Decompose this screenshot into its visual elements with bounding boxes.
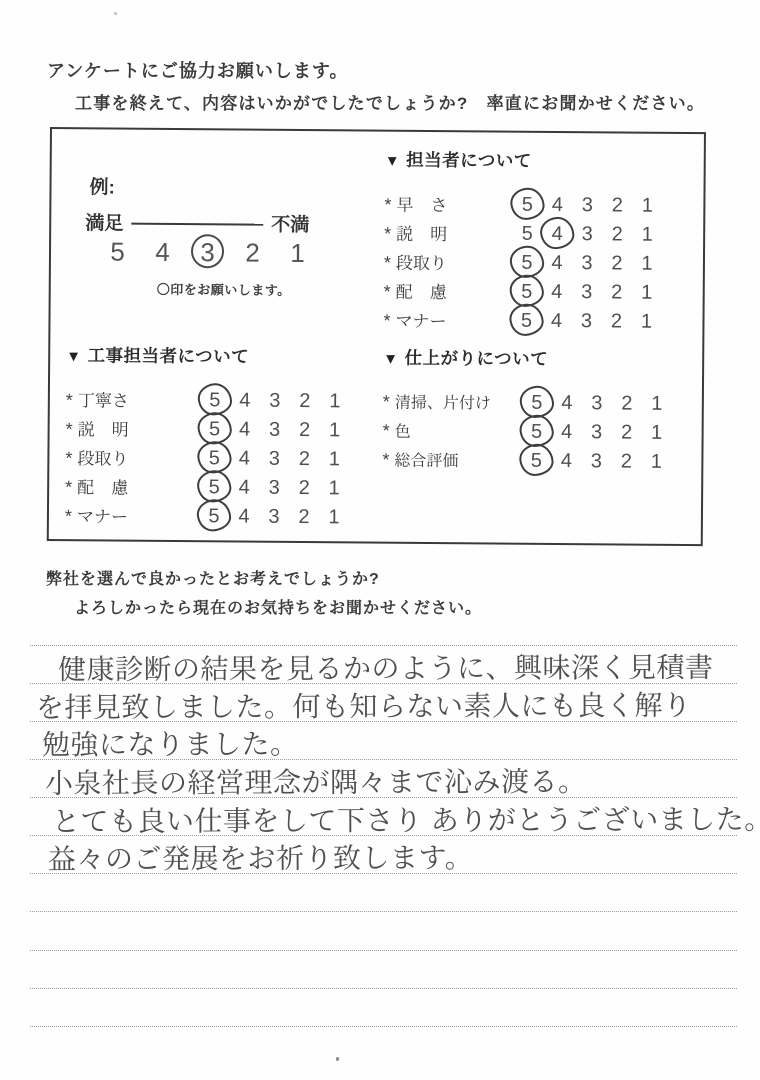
rating-row-arrangement: *段取り 5 4 3 2 1 — [384, 247, 694, 278]
rating-label: *総合評価 — [382, 448, 521, 472]
rating-value-1: 1 — [641, 448, 671, 474]
rating-value-4: 4 — [542, 191, 572, 217]
rating-value-5: 5 — [512, 220, 542, 246]
rating-value-4: 4 — [551, 447, 581, 473]
example-value-5: 5 — [95, 234, 140, 268]
example-value-1: 1 — [275, 236, 320, 270]
rating-label: *配 慮 — [384, 278, 512, 304]
triangle-marker-icon: ▼ — [66, 348, 81, 365]
rating-row-consideration: *配 慮 5 4 3 2 1 — [384, 276, 694, 307]
rating-value-5: 5 — [200, 416, 230, 442]
rating-label: *説 明 — [66, 415, 200, 441]
rating-value-1: 1 — [642, 419, 672, 445]
rating-value-5: 5 — [200, 387, 230, 413]
rating-label: *段取り — [384, 249, 512, 275]
example-title: 例: — [89, 172, 115, 199]
rating-value-3: 3 — [581, 448, 611, 474]
ruled-line — [30, 1026, 737, 1027]
example-value-2: 2 — [230, 235, 275, 269]
rating-value-5: 5 — [199, 445, 229, 471]
handwritten-line: 健康診断の結果を見るかのように、興味深く見積書 — [58, 649, 714, 689]
rating-value-3: 3 — [571, 308, 601, 334]
rating-value-2: 2 — [611, 448, 641, 474]
section-title: ▼仕上がりについて — [383, 345, 693, 369]
rating-value-3: 3 — [572, 192, 602, 218]
triangle-marker-icon: ▼ — [385, 153, 400, 170]
rating-value-2: 2 — [289, 503, 319, 529]
rating-value-3: 3 — [572, 221, 602, 247]
rating-box: 例: 満足 不満 5 4 3 2 1 〇印をお願いします。 ▼担当者について *… — [47, 127, 706, 546]
rating-value-3: 3 — [260, 387, 290, 413]
handwritten-line: 益々のご発展をお祈り致します。 — [48, 839, 473, 878]
prompt-line2: よろしかったら現在のお気持ちをお聞かせください。 — [74, 595, 482, 618]
rating-value-1: 1 — [632, 279, 662, 305]
rating-value-3: 3 — [572, 250, 602, 276]
scan-speck — [336, 1057, 339, 1061]
rating-row-cleanup: *清掃、片付け 5 4 3 2 1 — [383, 387, 693, 418]
rating-row-explanation: *説 明 5 4 3 2 1 — [66, 413, 376, 444]
rating-value-4: 4 — [229, 474, 259, 500]
rating-label: *マナー — [383, 307, 511, 333]
rating-value-1: 1 — [319, 504, 349, 530]
handwritten-line: とても良い仕事をして下さり ありがとうございました。 — [52, 801, 760, 842]
scale-line — [131, 222, 263, 225]
rating-value-4: 4 — [230, 416, 260, 442]
rating-label: *清掃、片付け — [383, 390, 522, 414]
rating-value-4: 4 — [542, 249, 572, 275]
section-construction-staff: ▼工事担当者について *丁寧さ 5 4 3 2 1 *説 明 5 4 3 2 1… — [65, 342, 376, 531]
rating-value-4: 4 — [552, 389, 582, 415]
example-value-4: 4 — [140, 235, 185, 269]
rating-value-1: 1 — [632, 192, 662, 218]
rating-value-1: 1 — [320, 417, 350, 443]
rating-value-3: 3 — [259, 474, 289, 500]
rating-value-2: 2 — [289, 445, 319, 471]
rating-value-3: 3 — [259, 503, 289, 529]
rating-value-5: 5 — [522, 389, 552, 415]
ruled-line — [30, 950, 737, 951]
rating-label: *説 明 — [384, 220, 512, 246]
example-scale: 満足 不満 — [85, 208, 309, 237]
section-title: ▼担当者について — [385, 147, 695, 171]
section-contact-person: ▼担当者について *早 さ 5 4 3 2 1 *説 明 5 4 3 2 1 *… — [383, 147, 694, 336]
rating-value-3: 3 — [582, 419, 612, 445]
example-value-3: 3 — [185, 235, 230, 269]
dissatisfied-label: 不満 — [271, 210, 309, 237]
rating-row-manner: *マナー 5 4 3 2 1 — [65, 500, 375, 531]
scan-speck — [114, 12, 117, 15]
rating-value-2: 2 — [612, 390, 642, 416]
rating-value-1: 1 — [319, 446, 349, 472]
rating-row-overall: *総合評価 5 4 3 2 1 — [382, 445, 692, 476]
rating-value-1: 1 — [632, 250, 662, 276]
rating-value-4: 4 — [541, 307, 571, 333]
rating-value-1: 1 — [319, 475, 349, 501]
rating-value-2: 2 — [601, 308, 631, 334]
rating-row-politeness: *丁寧さ 5 4 3 2 1 — [66, 384, 376, 415]
rating-value-4: 4 — [542, 278, 572, 304]
survey-intro-line2: 工事を終えて、内容はいかがでしたでしょうか? 率直にお聞かせください。 — [75, 89, 705, 114]
rating-value-4: 4 — [552, 418, 582, 444]
rating-row-explanation: *説 明 5 4 3 2 1 — [384, 218, 694, 249]
rating-value-3: 3 — [260, 416, 290, 442]
rating-value-2: 2 — [612, 419, 642, 445]
rating-value-1: 1 — [320, 388, 350, 414]
rating-value-5: 5 — [199, 503, 229, 529]
triangle-marker-icon: ▼ — [383, 351, 398, 368]
rating-row-color: *色 5 4 3 2 1 — [383, 416, 693, 447]
rating-example: 例: 満足 不満 5 4 3 2 1 〇印をお願いします。 — [85, 172, 316, 314]
rating-label: *配 慮 — [65, 473, 199, 499]
rating-row-manner: *マナー 5 4 3 2 1 — [383, 305, 693, 336]
rating-value-4: 4 — [542, 220, 572, 246]
rating-value-1: 1 — [631, 308, 661, 334]
rating-label: *色 — [383, 419, 522, 443]
example-numbers: 5 4 3 2 1 — [95, 234, 320, 270]
rating-label: *マナー — [65, 502, 199, 528]
ruled-line — [30, 911, 737, 912]
prompt-line1: 弊社を選んで良かったとお考えでしょうか? — [46, 566, 380, 589]
rating-value-5: 5 — [512, 249, 542, 275]
rating-value-5: 5 — [512, 278, 542, 304]
rating-value-4: 4 — [229, 445, 259, 471]
rating-label: *段取り — [65, 444, 199, 470]
rating-row-speed: *早 さ 5 4 3 2 1 — [384, 189, 694, 220]
ruled-line — [30, 988, 737, 989]
rating-value-2: 2 — [602, 192, 632, 218]
rating-value-2: 2 — [289, 474, 319, 500]
rating-value-2: 2 — [602, 221, 632, 247]
circle-instruction-note: 〇印をお願いします。 — [157, 279, 291, 299]
handwritten-line: を拝見致しました。何も知らない素人にも良く解り — [36, 687, 692, 727]
survey-intro-line1: アンケートにご協力お願いします。 — [47, 57, 348, 83]
rating-value-5: 5 — [521, 447, 551, 473]
rating-row-arrangement: *段取り 5 4 3 2 1 — [65, 442, 375, 473]
rating-value-4: 4 — [229, 503, 259, 529]
rating-value-2: 2 — [290, 387, 320, 413]
rating-value-4: 4 — [230, 387, 260, 413]
rating-label: *早 さ — [384, 191, 512, 217]
rating-value-3: 3 — [259, 445, 289, 471]
rating-value-2: 2 — [602, 250, 632, 276]
rating-value-1: 1 — [642, 390, 672, 416]
rating-value-5: 5 — [199, 474, 229, 500]
rating-value-5: 5 — [512, 191, 542, 217]
rating-value-1: 1 — [632, 221, 662, 247]
ruled-line — [30, 645, 737, 646]
section-finish-quality: ▼仕上がりについて *清掃、片付け 5 4 3 2 1 *色 5 4 3 2 1… — [382, 345, 693, 476]
rating-value-3: 3 — [582, 390, 612, 416]
rating-row-consideration: *配 慮 5 4 3 2 1 — [65, 471, 375, 502]
rating-value-3: 3 — [572, 279, 602, 305]
handwritten-line: 勉強になりました。 — [42, 726, 299, 765]
rating-value-2: 2 — [602, 279, 632, 305]
rating-value-5: 5 — [522, 418, 552, 444]
satisfied-label: 満足 — [85, 208, 123, 235]
rating-value-2: 2 — [290, 416, 320, 442]
rating-value-5: 5 — [511, 307, 541, 333]
handwritten-line: 小泉社長の経営理念が隅々まで沁み渡る。 — [45, 763, 587, 803]
rating-label: *丁寧さ — [66, 386, 200, 412]
section-title: ▼工事担当者について — [66, 342, 376, 366]
